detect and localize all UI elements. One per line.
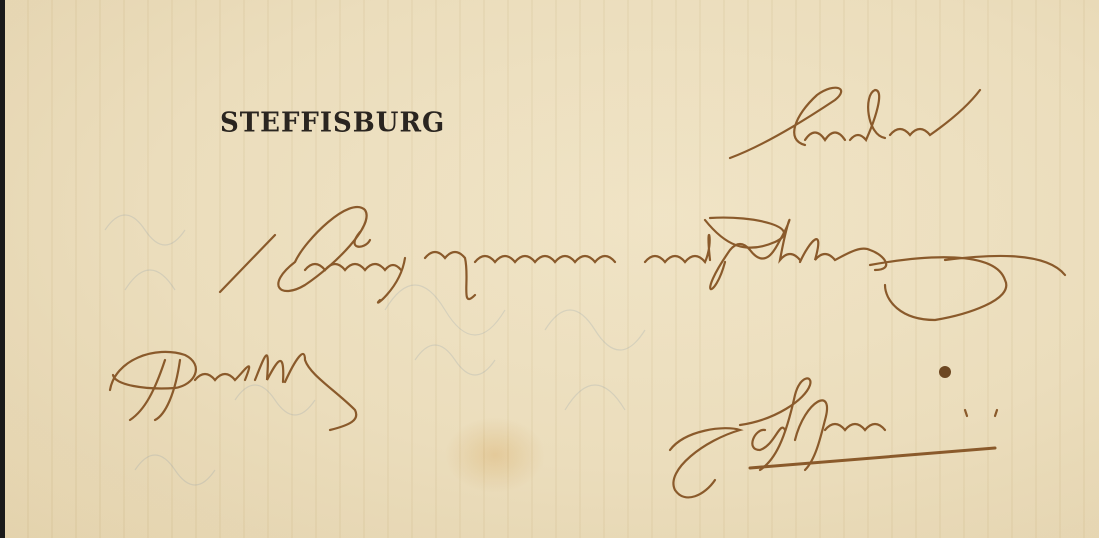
address-line-3-left bbox=[110, 352, 356, 430]
address-line-2 bbox=[220, 207, 1065, 320]
address-line-3-right bbox=[670, 366, 997, 497]
letter-front: STEFFISBURG bbox=[5, 0, 1099, 538]
address-line-1 bbox=[730, 88, 980, 158]
handwritten-address bbox=[5, 0, 1099, 538]
